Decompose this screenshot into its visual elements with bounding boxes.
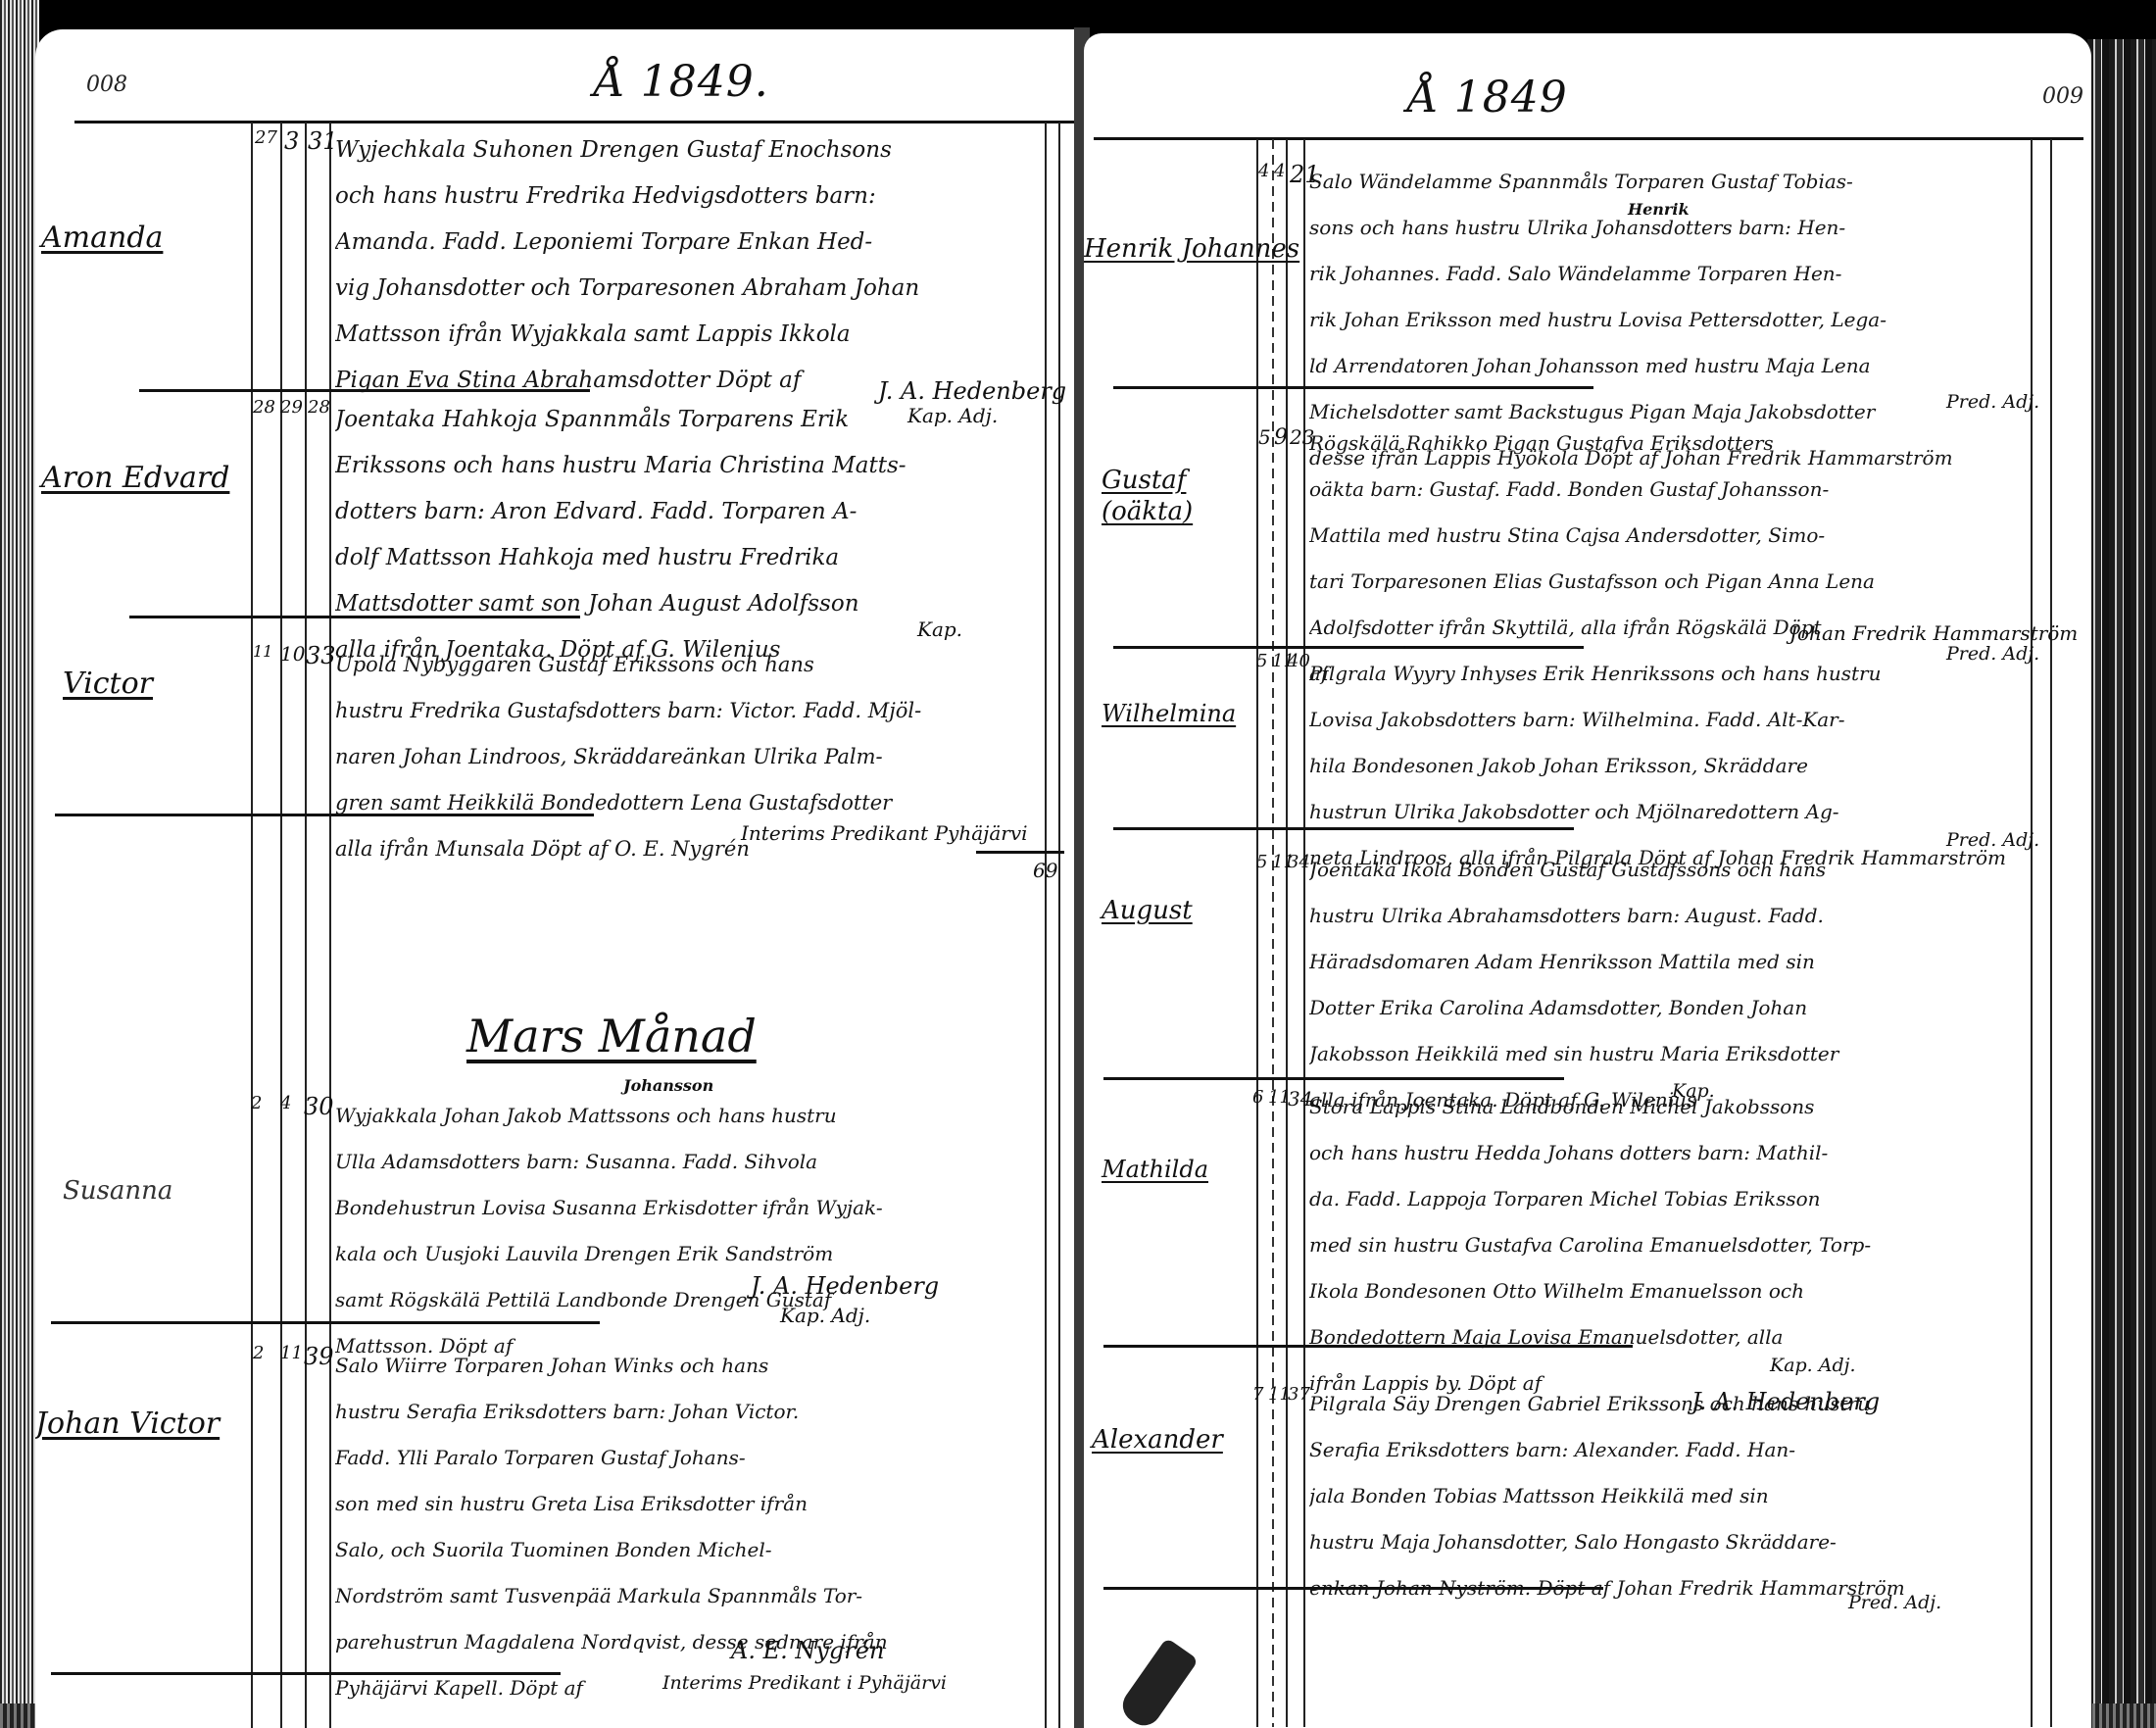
- day-baptised: 10: [280, 642, 305, 666]
- day-born: 5: [1258, 425, 1271, 449]
- day-born: 2: [251, 1093, 262, 1113]
- column-divider: [2050, 139, 2052, 1727]
- officiant-title: Kap. Adj.: [780, 1304, 870, 1327]
- entry-separator: [51, 1321, 600, 1324]
- officiant-title: Pred. Adj.: [1946, 391, 2039, 413]
- child-name: Susanna: [63, 1176, 172, 1206]
- register-no: 39: [304, 1343, 334, 1370]
- register-no: 30: [304, 1093, 334, 1120]
- child-name: Aron Edvard: [41, 461, 229, 495]
- child-name: Henrik Johannes: [1084, 234, 1299, 264]
- column-divider: [1256, 139, 1258, 1727]
- margin-note: 69: [1033, 859, 1057, 882]
- officiant-title: Interims Predikant Pyhäjärvi: [741, 821, 1028, 845]
- register-no: 34: [1288, 852, 1310, 872]
- entry-numbers: 11 10 33: [251, 642, 339, 671]
- entry-separator: [139, 389, 590, 392]
- officiant-signature: J. A. Hedenberg: [751, 1272, 939, 1300]
- child-name: Victor: [63, 667, 153, 701]
- left-page: 008 Å 1849. Amanda 27 3 31 Wyjechkala Su…: [35, 29, 1084, 1728]
- right-page: Å 1849 009 Henrik Johannes Henrik 4 4 21…: [1084, 33, 2091, 1728]
- day-baptised: 11: [280, 1343, 303, 1363]
- entry-separator: [1103, 1345, 1633, 1348]
- column-divider: [1045, 123, 1047, 1728]
- header-rule: [1094, 137, 2083, 140]
- register-no: 33: [306, 642, 336, 669]
- entry-separator: [1113, 646, 1584, 649]
- entry-text: Stora Lappis Stina Landbonden Michel Jak…: [1309, 1084, 2030, 1407]
- day-born: 7: [1252, 1384, 1263, 1405]
- entry-separator: [129, 616, 580, 618]
- page-title: Å 1849.: [594, 57, 769, 107]
- officiant-title: Interims Predikant i Pyhäjärvi: [662, 1672, 947, 1694]
- entry-numbers: 2 4 30: [251, 1093, 339, 1122]
- day-born: 2: [253, 1343, 264, 1363]
- register-no: 31: [308, 127, 338, 155]
- day-baptised: 4: [1274, 161, 1285, 181]
- child-name: Amanda: [41, 221, 163, 255]
- register-spread: 008 Å 1849. Amanda 27 3 31 Wyjechkala Su…: [0, 0, 2156, 1728]
- officiant-signature: A. E. Nygrén: [731, 1637, 884, 1664]
- entry-text: Joentaka Ikola Bonden Gustaf Gustafssons…: [1309, 847, 2030, 1123]
- entry-numbers: 28 29 28: [251, 397, 339, 426]
- child-name: Mathilda: [1102, 1156, 1208, 1183]
- day-born: 11: [253, 642, 272, 661]
- column-divider: [2031, 139, 2033, 1727]
- entry-separator: [51, 1672, 561, 1675]
- page-number: 008: [86, 73, 127, 97]
- entry-separator: [1103, 1587, 1603, 1590]
- column-divider: [329, 123, 331, 1728]
- book-left-edge: [0, 0, 39, 1728]
- column-divider: [280, 123, 282, 1728]
- column-divider: [1303, 139, 1305, 1727]
- page-number: 009: [2042, 84, 2083, 109]
- ink-blot: [1116, 1638, 1199, 1728]
- day-baptised: 29: [280, 397, 303, 418]
- day-born: 6: [1252, 1087, 1263, 1108]
- day-born: 5: [1256, 651, 1267, 671]
- entry-separator: [55, 814, 594, 816]
- column-divider: [1286, 139, 1288, 1727]
- column-divider: [1272, 139, 1274, 1727]
- officiant-title: Pred. Adj.: [1848, 1592, 1941, 1613]
- day-born: 27: [255, 127, 277, 148]
- entry-numbers: 2 11 39: [251, 1343, 339, 1372]
- entry-separator: [1113, 827, 1574, 830]
- entry-numbers: 27 3 31: [251, 127, 339, 157]
- child-name: Wilhelmina: [1102, 700, 1236, 727]
- column-divider: [251, 123, 253, 1728]
- register-no: 40: [1288, 651, 1310, 671]
- column-divider: [305, 123, 307, 1728]
- child-name: August: [1102, 896, 1193, 925]
- book-right-edge: [2087, 39, 2156, 1728]
- officiant-title: Kap.: [917, 617, 962, 641]
- child-name: Alexander: [1092, 1425, 1223, 1455]
- child-name: Gustaf (oäkta): [1102, 465, 1249, 527]
- entry-text: Wyjakkala Johan Jakob Mattssons och hans…: [335, 1093, 1041, 1369]
- day-baptised: 4: [280, 1093, 291, 1113]
- day-baptised: 9: [1274, 425, 1288, 450]
- entry-text: Pilgrala Säy Drengen Gabriel Erikssons o…: [1309, 1381, 2030, 1611]
- entry-separator: [1103, 1077, 1564, 1080]
- register-no: 37: [1288, 1384, 1310, 1405]
- entry-separator: [1113, 386, 1593, 389]
- child-name: Johan Victor: [35, 1407, 220, 1441]
- day-born: 28: [253, 397, 275, 418]
- entry-text: Wyjechkala Suhonen Drengen Gustaf Enochs…: [335, 127, 1041, 404]
- register-no: 28: [308, 397, 330, 418]
- margin-rule: [976, 851, 1064, 854]
- column-divider: [1058, 123, 1060, 1728]
- entry-text: Salo Wiirre Torparen Johan Winks och han…: [335, 1343, 1041, 1711]
- officiant-title: Kap. Adj.: [1770, 1355, 1856, 1376]
- header-rule: [74, 121, 1084, 123]
- day-born: 4: [1258, 161, 1269, 181]
- day-baptised: 3: [284, 127, 299, 155]
- day-born: 5: [1256, 852, 1267, 872]
- officiant-signature: Johan Fredrik Hammarström: [1789, 621, 2078, 645]
- month-heading: Mars Månad: [466, 1010, 757, 1062]
- page-title: Å 1849: [1407, 73, 1568, 123]
